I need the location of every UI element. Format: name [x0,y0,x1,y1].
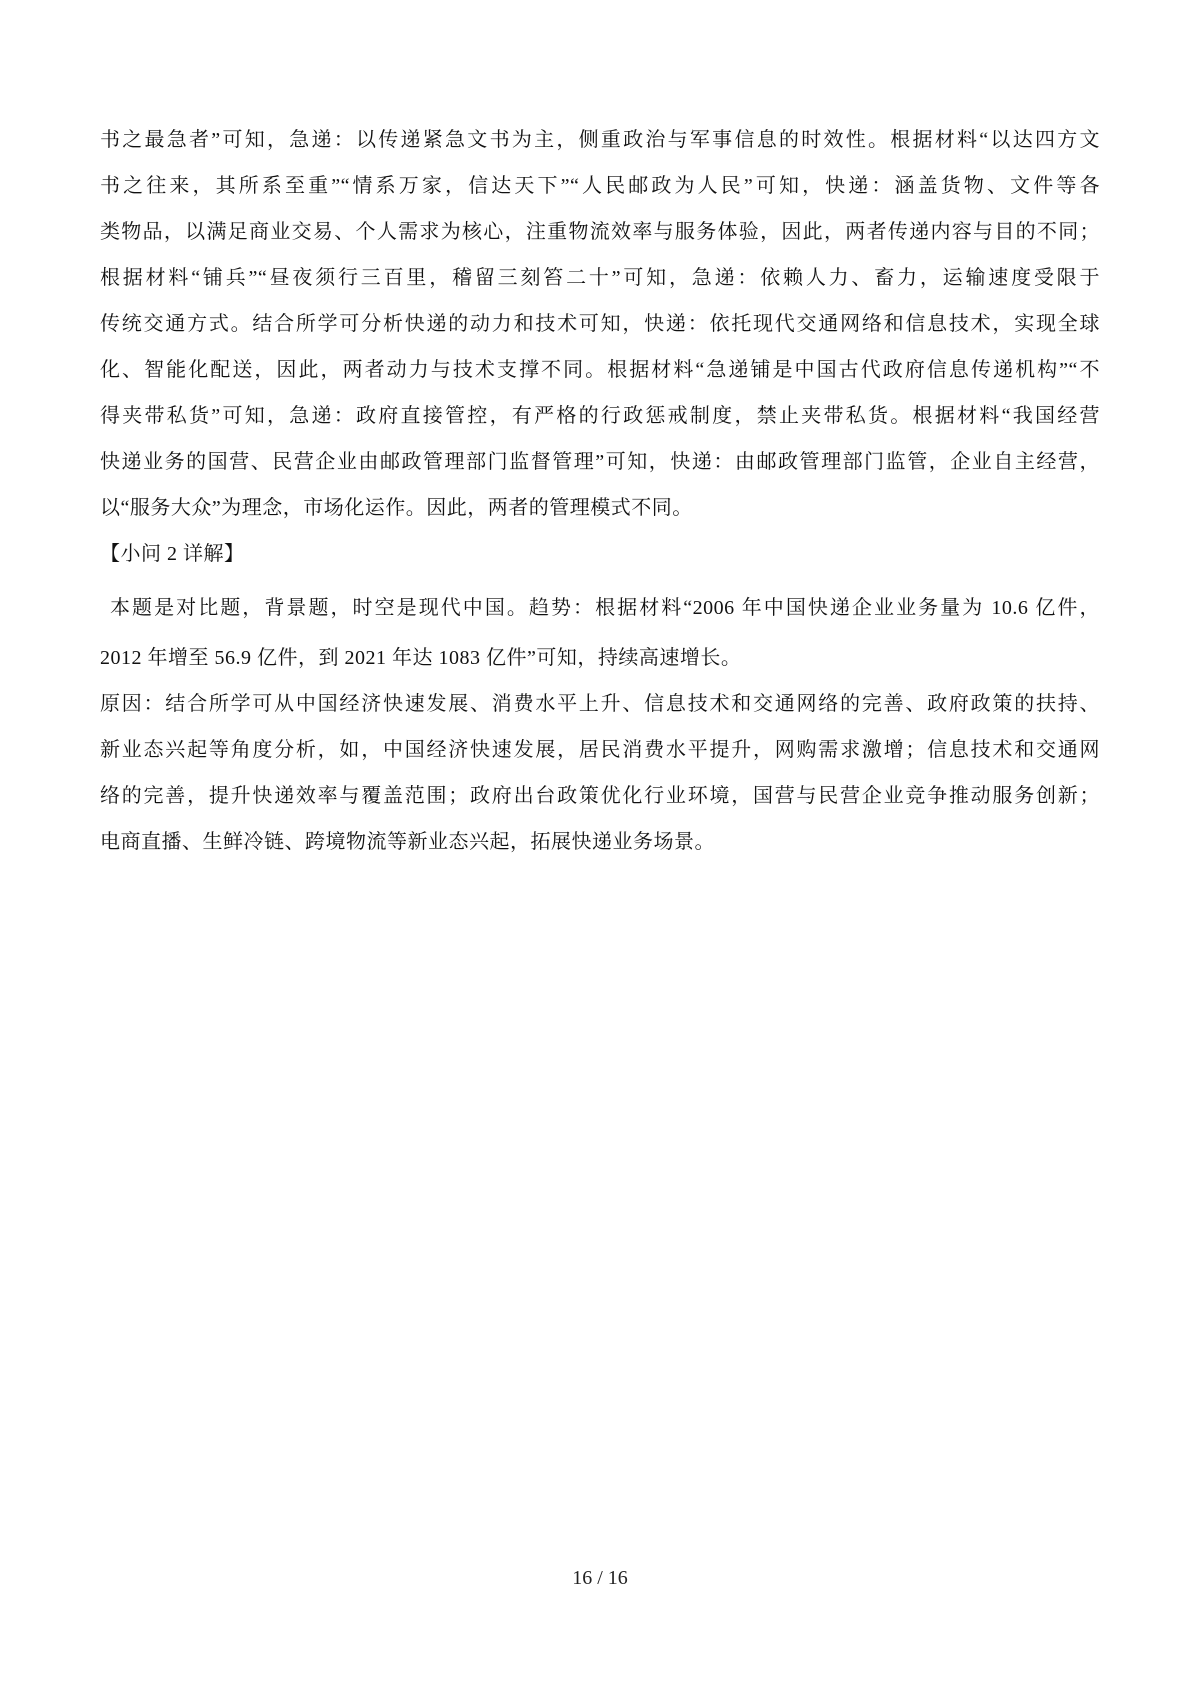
text-line: 书之最急者”可知，急递：以传递紧急文书为主，侧重政治与军事信息的时效性。根据材料… [100,117,1100,163]
text-line: 以“服务大众”为理念，市场化运作。因此，两者的管理模式不同。 [100,485,1100,531]
text-line: 类物品，以满足商业交易、个人需求为核心，注重物流效率与服务体验，因此，两者传递内… [100,209,1100,255]
text-line: 化、智能化配送，因此，两者动力与技术支撑不同。根据材料“急递铺是中国古代政府信息… [100,347,1100,393]
text-line: 快递业务的国营、民营企业由邮政管理部门监督管理”可知，快递：由邮政管理部门监管，… [100,439,1100,485]
text-line: 电商直播、生鲜冷链、跨境物流等新业态兴起，拓展快递业务场景。 [100,819,1100,865]
text-line: 本题是对比题，背景题，时空是现代中国。趋势：根据材料“2006 年中国快递企业业… [100,585,1100,631]
text-line: 新业态兴起等角度分析，如，中国经济快速发展，居民消费水平提升，网购需求激增；信息… [100,727,1100,773]
text-line: 原因：结合所学可从中国经济快速发展、消费水平上升、信息技术和交通网络的完善、政府… [100,681,1100,727]
text-line: 根据材料“铺兵”“昼夜须行三百里，稽留三刻笞二十”可知，急递：依赖人力、畜力，运… [100,255,1100,301]
answer-text-block: 书之最急者”可知，急递：以传递紧急文书为主，侧重政治与军事信息的时效性。根据材料… [100,117,1100,865]
text-line: 2012 年增至 56.9 亿件，到 2021 年达 1083 亿件”可知，持续… [100,635,1100,681]
document-page: 书之最急者”可知，急递：以传递紧急文书为主，侧重政治与军事信息的时效性。根据材料… [0,0,1200,1697]
page-number: 16 / 16 [0,1566,1200,1590]
text-line: 书之往来，其所系至重”“情系万家，信达天下”“人民邮政为人民”可知，快递：涵盖货… [100,163,1100,209]
text-line: 络的完善，提升快递效率与覆盖范围；政府出台政策优化行业环境，国营与民营企业竞争推… [100,773,1100,819]
section-heading-subquestion2: 【小问 2 详解】 [100,531,1100,577]
text-line: 传统交通方式。结合所学可分析快递的动力和技术可知，快递：依托现代交通网络和信息技… [100,301,1100,347]
text-line: 得夹带私货”可知，急递：政府直接管控，有严格的行政惩戒制度，禁止夹带私货。根据材… [100,393,1100,439]
